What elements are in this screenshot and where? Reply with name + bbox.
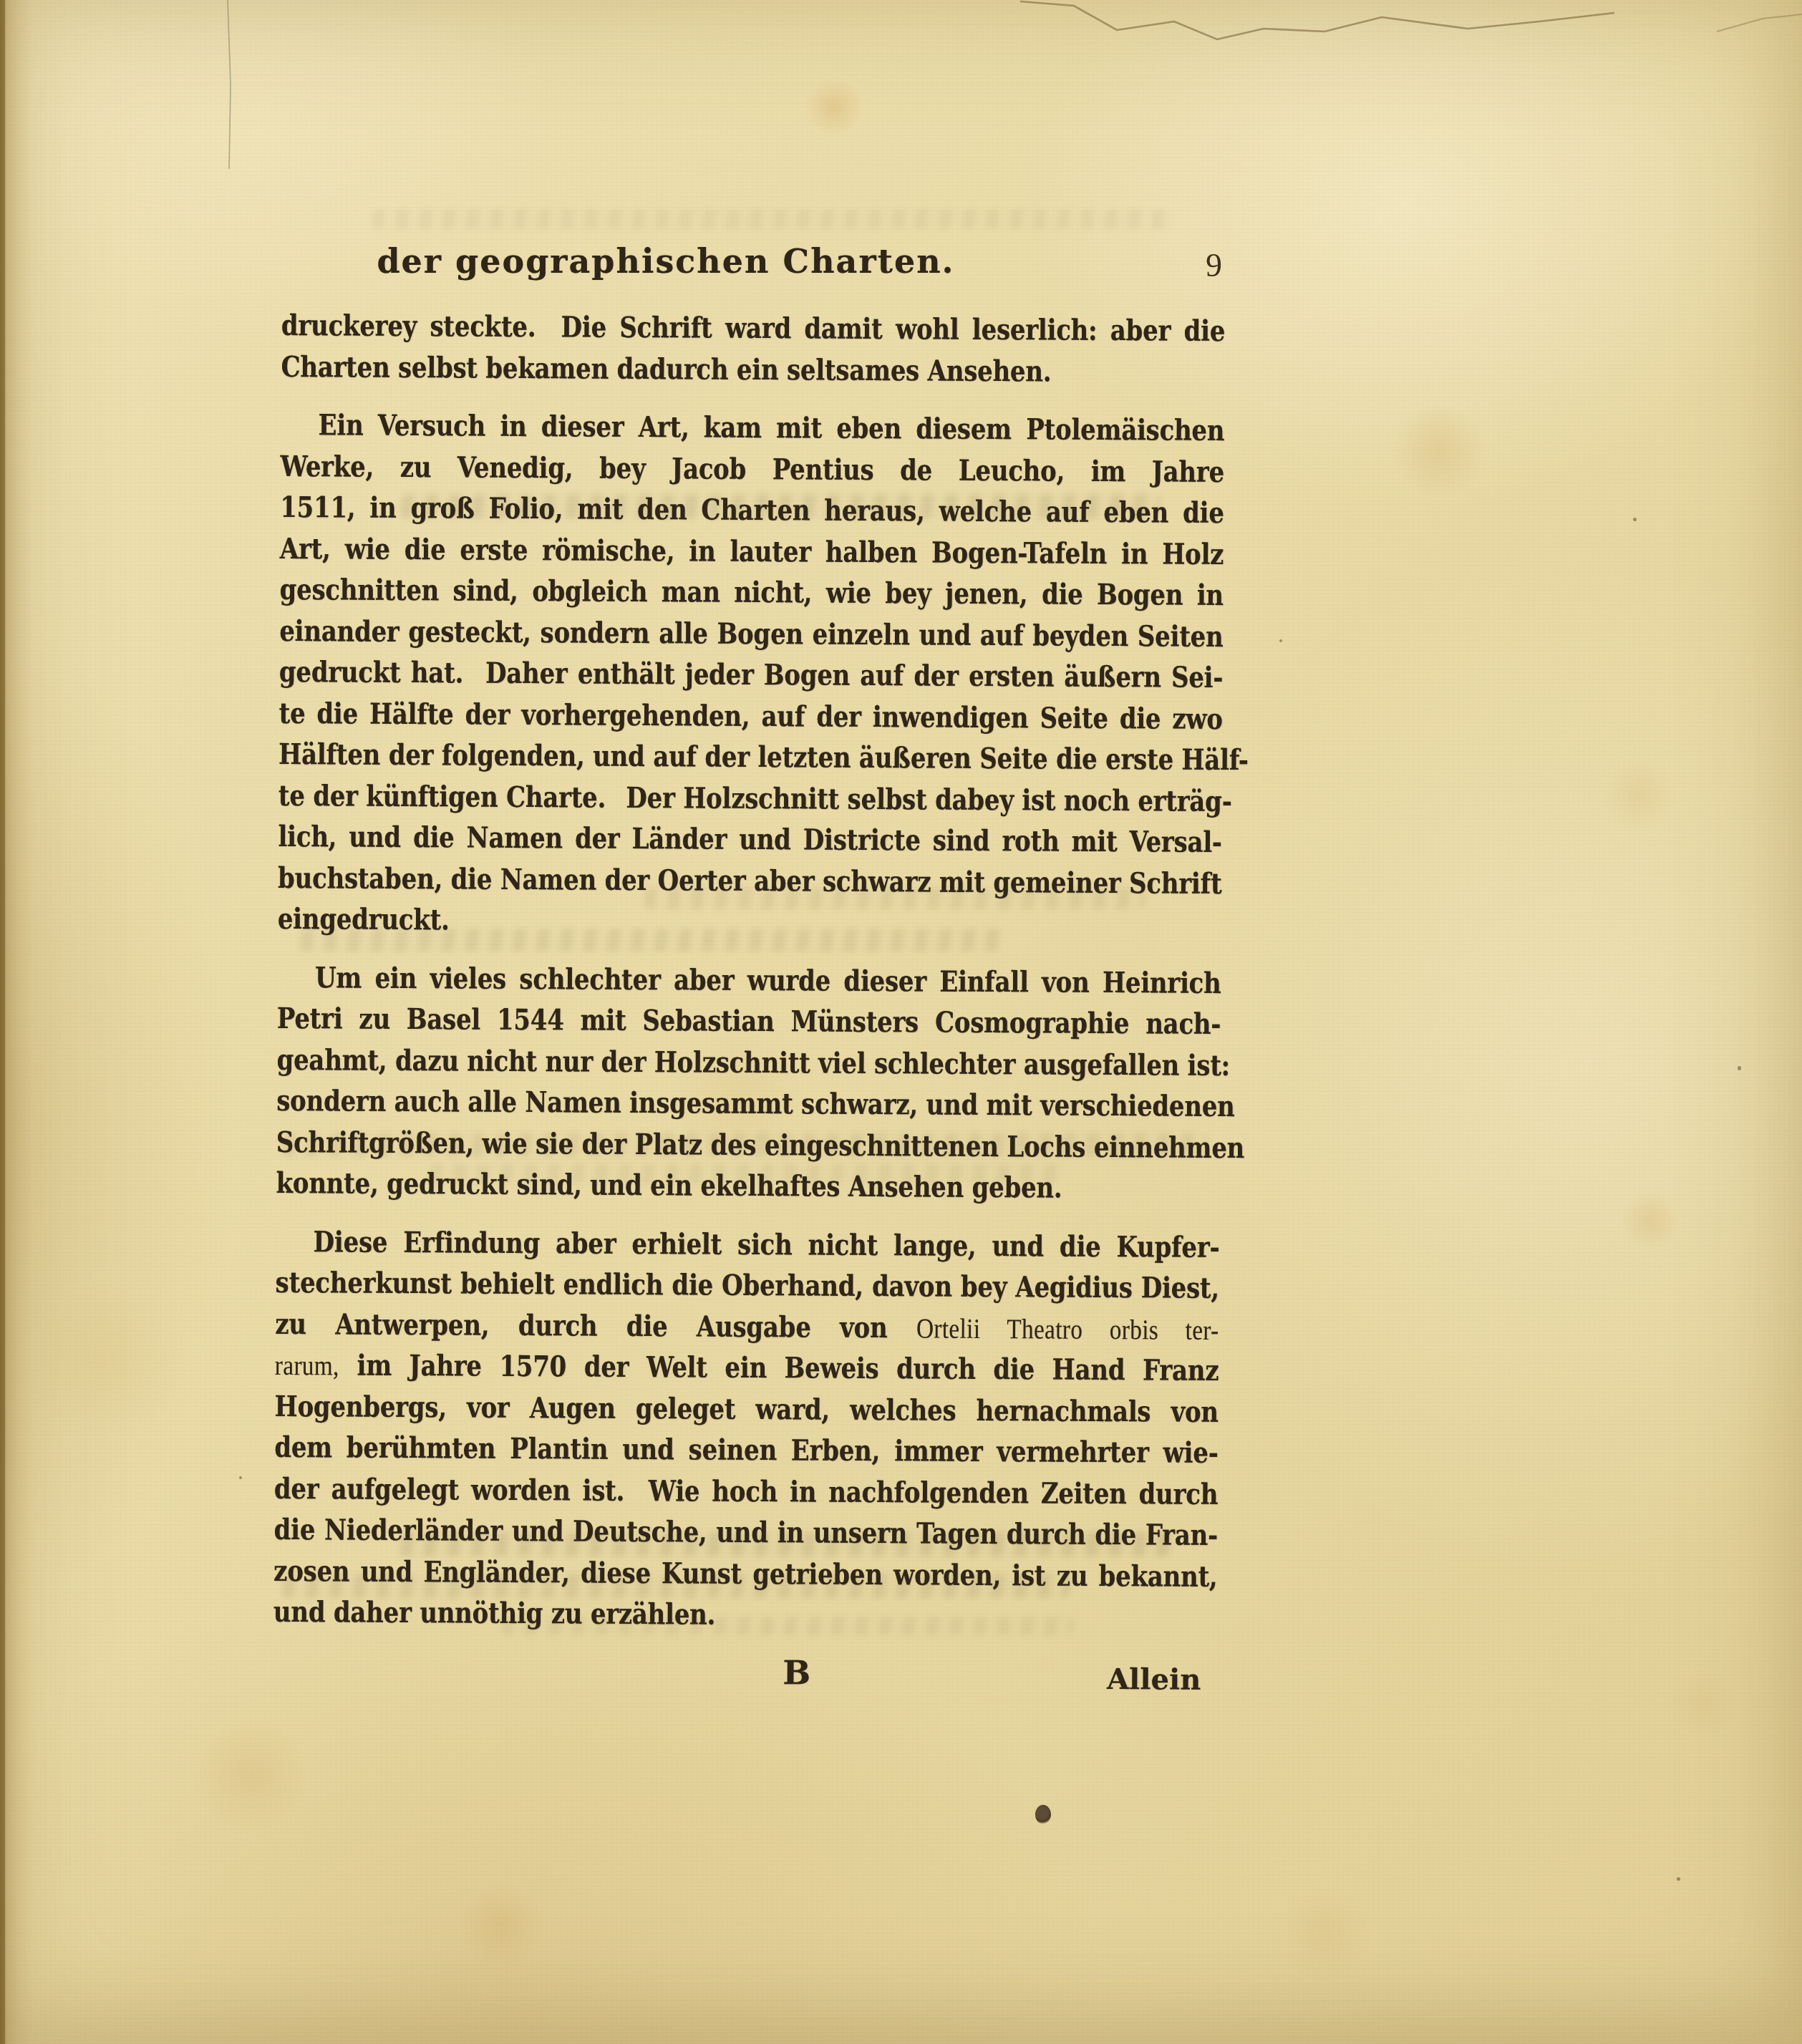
text-line: zosen und Engländer, diese Kunst getrieb…	[273, 1550, 1218, 1597]
running-head: der geographischen Charten.	[194, 242, 1138, 281]
text-line: Petri zu Basel 1544 mit Sebastian Münste…	[277, 998, 1221, 1045]
latin-text-segment: rarum,	[275, 1350, 339, 1382]
text-line: Um ein vieles schlechter aber wurde dies…	[277, 956, 1221, 1004]
scanned-book-page: der geographischen Charten. 9 druckerey …	[0, 0, 1802, 2044]
text-line: te der künftigen Charte. Der Holzschnitt…	[278, 775, 1223, 822]
text-line: dem berühmten Plantin und seinen Erben, …	[274, 1427, 1219, 1474]
text-line: Hogenbergs, vor Augen geleget ward, welc…	[274, 1385, 1219, 1433]
text-line: druckerey steckte. Die Schrift ward dami…	[281, 305, 1226, 352]
text-line: Charten selbst bekamen dadurch ein selts…	[281, 346, 1225, 393]
text-block: der geographischen Charten. 9 druckerey …	[281, 242, 1225, 1700]
text-line: der aufgelegt worden ist. Wie hoch in na…	[274, 1468, 1219, 1515]
fraktur-text-segment: im Jahre 1570 der Welt ein Beweis durch …	[339, 1349, 1219, 1388]
page-header: der geographischen Charten. 9	[281, 242, 1225, 288]
paragraph-container: druckerey steckte. Die Schrift ward dami…	[273, 305, 1225, 1639]
text-line: Schriftgrößen, wie sie der Platz des ein…	[276, 1121, 1221, 1168]
paragraph: Diese Erfindung aber erhielt sich nicht …	[273, 1221, 1386, 1639]
text-line: geschnitten sind, obgleich man nicht, wi…	[279, 569, 1224, 616]
text-line: Hälften der folgenden, und auf der letzt…	[278, 734, 1223, 781]
text-line: sondern auch alle Namen insgesammt schwa…	[276, 1080, 1221, 1128]
paper-speck	[1738, 1066, 1741, 1070]
text-line: stecherkunst behielt endlich die Oberhan…	[275, 1262, 1219, 1309]
showthrough-smudge	[372, 209, 1176, 229]
body-text: druckerey steckte. Die Schrift ward dami…	[273, 305, 1225, 1706]
catchword: Allein	[1107, 1662, 1201, 1697]
text-line: geahmt, dazu nicht nur der Holzschnitt v…	[276, 1039, 1221, 1086]
page-edge	[0, 0, 5, 2044]
text-line: lich, und die Namen der Länder und Distr…	[278, 816, 1222, 863]
text-line: rarum, im Jahre 1570 der Welt ein Beweis…	[275, 1345, 1219, 1392]
text-line: Ein Versuch in dieser Art, kam mit eben …	[281, 405, 1225, 452]
latin-text-segment: Ortelii Theatro orbis ter-	[916, 1313, 1219, 1346]
text-line: eingedruckt.	[278, 899, 1222, 946]
text-line: und daher unnöthig zu erzählen.	[273, 1592, 1218, 1639]
page-footer: B Allein	[273, 1650, 1216, 1705]
text-line: te die Hälfte der vorhergehenden, auf de…	[278, 692, 1223, 740]
paragraph: druckerey steckte. Die Schrift ward dami…	[281, 305, 1392, 394]
text-line: zu Antwerpen, durch die Ausgabe von Orte…	[275, 1303, 1219, 1350]
signature-mark: B	[783, 1653, 810, 1692]
paper-speck	[1633, 518, 1637, 521]
text-line: gedruckt hat. Daher enthält jeder Bogen …	[279, 652, 1224, 699]
text-line: einander gesteckt, sondern alle Bogen ei…	[279, 610, 1224, 657]
text-line: konnte, gedruckt sind, und ein ekelhafte…	[276, 1163, 1220, 1210]
text-line: Art, wie die erste römische, in lauter h…	[280, 528, 1224, 575]
text-line: Diese Erfindung aber erhielt sich nicht …	[276, 1221, 1220, 1268]
text-line: die Niederländer und Deutsche, und in un…	[273, 1509, 1218, 1556]
ink-spot	[1035, 1805, 1051, 1824]
fraktur-text-segment: zu Antwerpen, durch die Ausgabe von	[275, 1307, 916, 1344]
text-line: buchstaben, die Namen der Oerter aber sc…	[278, 857, 1222, 904]
text-line: 1511, in groß Folio, mit den Charten her…	[280, 487, 1224, 534]
paper-speck	[239, 1476, 242, 1479]
text-line: Werke, zu Venedig, bey Jacob Pentius de …	[280, 445, 1224, 493]
paper-speck	[1677, 1877, 1680, 1881]
paragraph: Ein Versuch in dieser Art, kam mit eben …	[278, 405, 1392, 946]
paragraph: Um ein vieles schlechter aber wurde dies…	[276, 956, 1387, 1210]
page-number: 9	[1206, 246, 1222, 284]
